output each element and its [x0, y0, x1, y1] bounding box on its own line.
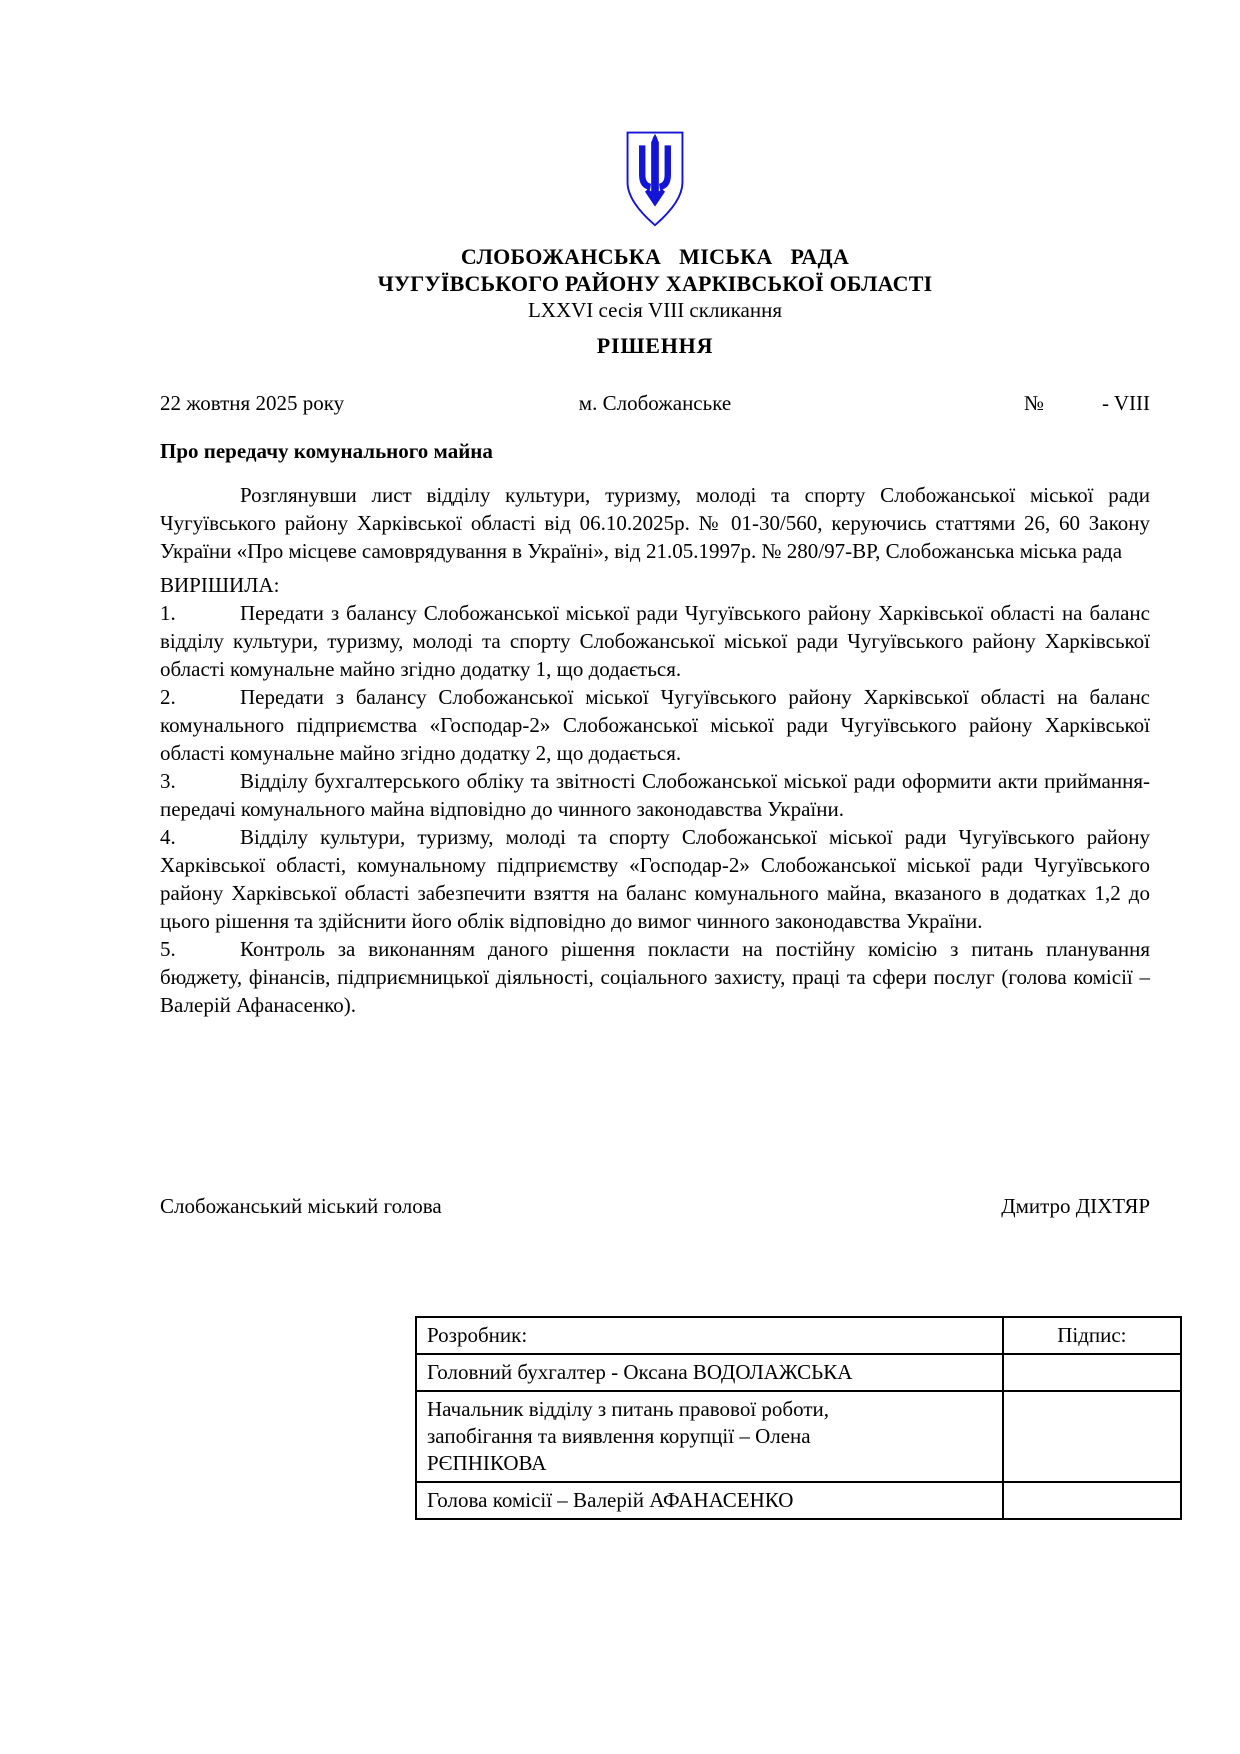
signature-row: Слобожанський міський голова Дмитро ДІХТ…	[160, 1192, 1150, 1220]
signature-cell	[1003, 1391, 1181, 1482]
resolution-item-3: 3.Відділу бухгалтерського обліку та звіт…	[160, 767, 1150, 823]
document-place: м. Слобожанське	[579, 389, 731, 417]
signature-cell	[1003, 1482, 1181, 1519]
org-name-line2: ЧУГУЇВСЬКОГО РАЙОНУ ХАРКІВСЬКОЇ ОБЛАСТІ	[160, 270, 1150, 297]
item-number: 4.	[160, 823, 240, 851]
preamble-paragraph: Розглянувши лист відділу культури, туриз…	[160, 481, 1150, 565]
resolution-item-4: 4.Відділу культури, туризму, молоді та с…	[160, 823, 1150, 935]
item-number: 2.	[160, 683, 240, 711]
approval-table: Розробник: Підпис: Головний бухгалтер - …	[415, 1316, 1182, 1520]
signature-header-cell: Підпис:	[1003, 1317, 1181, 1354]
signatory-position: Слобожанський міський голова	[160, 1192, 442, 1220]
item-text: Передати з балансу Слобожанської міської…	[160, 685, 1150, 765]
date-place-number-row: 22 жовтня 2025 року м. Слобожанське №- V…	[160, 389, 1150, 417]
item-number: 1.	[160, 599, 240, 627]
item-number: 3.	[160, 767, 240, 795]
table-row: Голова комісії – Валерій АФАНАСЕНКО	[416, 1482, 1181, 1519]
item-text: Відділу культури, туризму, молоді та спо…	[160, 825, 1150, 933]
document-date: 22 жовтня 2025 року	[160, 389, 344, 417]
org-name-line1: СЛОБОЖАНСЬКА МІСЬКА РАДА	[160, 243, 1150, 270]
signature-cell	[1003, 1354, 1181, 1391]
resolution-item-1: 1.Передати з балансу Слобожанської міськ…	[160, 599, 1150, 683]
table-row: Головний бухгалтер - Оксана ВОДОЛАЖСЬКА	[416, 1354, 1181, 1391]
developer-cell: Головний бухгалтер - Оксана ВОДОЛАЖСЬКА	[416, 1354, 1003, 1391]
table-header-row: Розробник: Підпис:	[416, 1317, 1181, 1354]
developer-cell: Начальник відділу з питань правової робо…	[416, 1391, 1003, 1482]
table-row: Начальник відділу з питань правової робо…	[416, 1391, 1181, 1482]
signatory-name: Дмитро ДІХТЯР	[1001, 1192, 1150, 1220]
ukraine-trident-emblem-icon	[160, 130, 1150, 229]
document-header: СЛОБОЖАНСЬКА МІСЬКА РАДА ЧУГУЇВСЬКОГО РА…	[160, 130, 1150, 323]
resolution-item-5: 5.Контроль за виконанням даного рішення …	[160, 935, 1150, 1019]
document-number: №- VIII	[1024, 389, 1150, 417]
number-sign: №	[1024, 391, 1044, 415]
resolved-heading: ВИРІШИЛА:	[160, 571, 1150, 599]
session-line: LXXVI сесія VIII скликання	[160, 297, 1150, 323]
document-subject: Про передачу комунального майна	[160, 437, 1150, 465]
decision-document-page: СЛОБОЖАНСЬКА МІСЬКА РАДА ЧУГУЇВСЬКОГО РА…	[0, 0, 1240, 1754]
developer-cell: Голова комісії – Валерій АФАНАСЕНКО	[416, 1482, 1003, 1519]
document-type-title: РІШЕННЯ	[160, 333, 1150, 359]
item-text: Передати з балансу Слобожанської міської…	[160, 601, 1150, 681]
item-text: Контроль за виконанням даного рішення по…	[160, 937, 1150, 1017]
number-value: - VIII	[1102, 389, 1150, 417]
resolution-item-2: 2.Передати з балансу Слобожанської міськ…	[160, 683, 1150, 767]
item-number: 5.	[160, 935, 240, 963]
developer-header-cell: Розробник:	[416, 1317, 1003, 1354]
item-text: Відділу бухгалтерського обліку та звітно…	[160, 769, 1150, 821]
